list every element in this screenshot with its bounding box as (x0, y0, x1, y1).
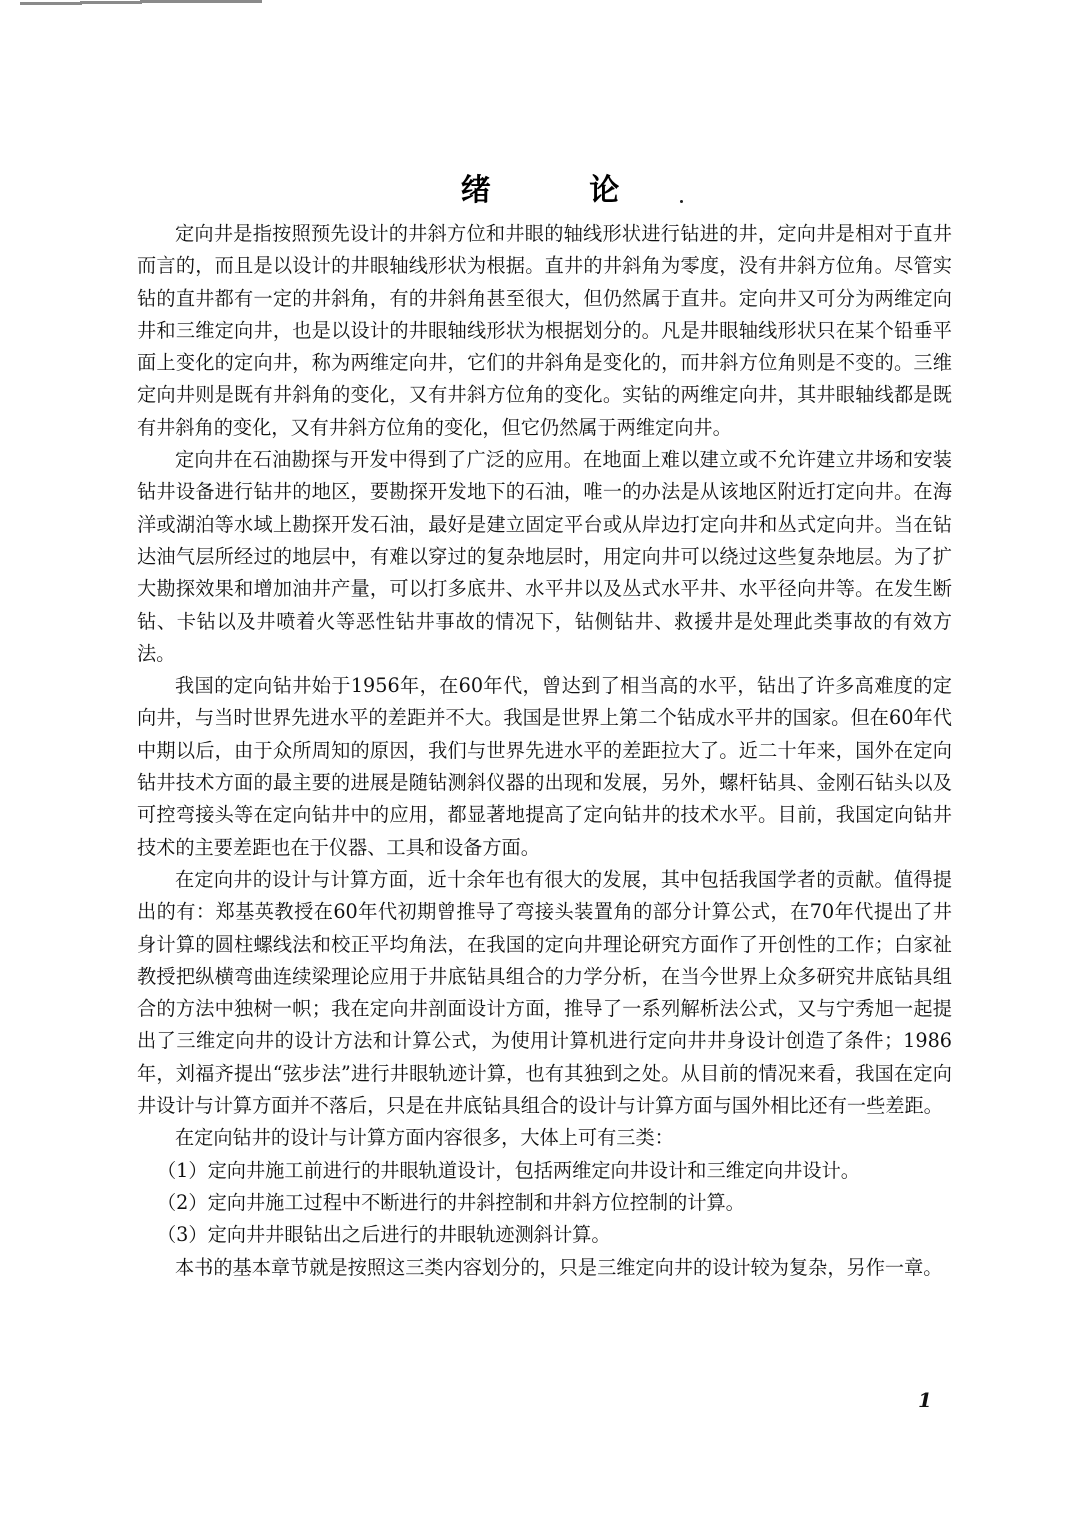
page-title: 绪 论 (0, 165, 1080, 209)
list-item: （1）定向井施工前进行的井眼轨道设计，包括两维定向井设计和三维定向井设计。 (137, 1155, 952, 1187)
list-item: （3）定向井井眼钻出之后进行的井眼轨迹测斜计算。 (137, 1219, 952, 1251)
closing-paragraph: 本书的基本章节就是按照这三类内容划分的，只是三维定向井的设计较为复杂，另作一章。 (137, 1252, 952, 1284)
list-item: （2）定向井施工过程中不断进行的井斜控制和井斜方位控制的计算。 (137, 1187, 952, 1219)
scan-artifact-rule (200, 0, 262, 3)
paragraph: 在定向井的设计与计算方面，近十余年也有很大的发展，其中包括我国学者的贡献。值得提… (137, 864, 952, 1122)
paragraph: 定向井是指按照预先设计的井斜方位和井眼的轴线形状进行钻进的井，定向井是相对于直井… (137, 218, 952, 444)
scan-artifact-rule (20, 2, 82, 5)
scan-speck (680, 200, 683, 203)
scan-artifact-rule (140, 0, 202, 3)
scan-artifact-rule (80, 1, 142, 4)
paragraph: 定向井在石油勘探与开发中得到了广泛的应用。在地面上难以建立或不允许建立井场和安装… (137, 444, 952, 670)
page-number: 1 (918, 1388, 932, 1412)
paragraph: 在定向钻井的设计与计算方面内容很多，大体上可有三类： (137, 1122, 952, 1154)
document-body: 定向井是指按照预先设计的井斜方位和井眼的轴线形状进行钻进的井，定向井是相对于直井… (137, 218, 952, 1284)
paragraph: 我国的定向钻井始于1956年，在60年代，曾达到了相当高的水平，钻出了许多高难度… (137, 670, 952, 864)
